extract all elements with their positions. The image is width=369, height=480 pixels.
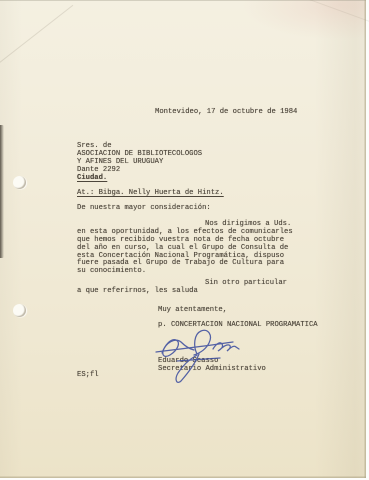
hole-punch xyxy=(13,176,26,189)
dateline: Montevideo, 17 de octubre de 1984 xyxy=(155,108,297,116)
scanned-letter-page: Montevideo, 17 de octubre de 1984 Sres. … xyxy=(0,0,369,480)
recipient-salutation: Sres. de xyxy=(77,142,112,150)
letter-paper: Montevideo, 17 de octubre de 1984 Sres. … xyxy=(0,0,366,478)
scan-edge-shadow xyxy=(0,125,4,258)
greeting-line: De nuestra mayor consideración: xyxy=(77,204,211,212)
body-line: Sin otro particular xyxy=(205,279,287,287)
body-line: Nos dirigimos a Uds. xyxy=(205,220,291,228)
body-line: a que referirnos, les saluda xyxy=(77,287,198,295)
typist-initials: ES;fl xyxy=(77,371,99,379)
recipient-street: Dante 2292 xyxy=(77,166,120,174)
recipient-city: Ciudad. xyxy=(77,174,107,182)
body-line: que hemos recibido vuestra nota de fecha… xyxy=(77,236,284,244)
paper-crease-top-left xyxy=(0,5,73,64)
paper-crease-top-right xyxy=(303,0,369,28)
body-line: fuere pasada el Grupo de Trabajo de Cult… xyxy=(77,259,284,267)
recipient-org-line2: Y AFINES DEL URUGUAY xyxy=(77,158,163,166)
attention-line: At.: Bibga. Nelly Huerta de Hintz. xyxy=(77,189,224,197)
recipient-org-line1: ASOCIACION DE BIBLIOTECOLOGOS xyxy=(77,150,202,158)
body-line: del año en curso, la cual el Grupo de Co… xyxy=(77,244,288,252)
hole-punch xyxy=(13,304,26,317)
body-line: en esta oportunidad, a los efectos de co… xyxy=(77,228,293,236)
handwritten-signature xyxy=(148,318,264,390)
valediction: Muy atentamente, xyxy=(158,306,227,314)
body-line: su conocimiento. xyxy=(77,267,146,275)
